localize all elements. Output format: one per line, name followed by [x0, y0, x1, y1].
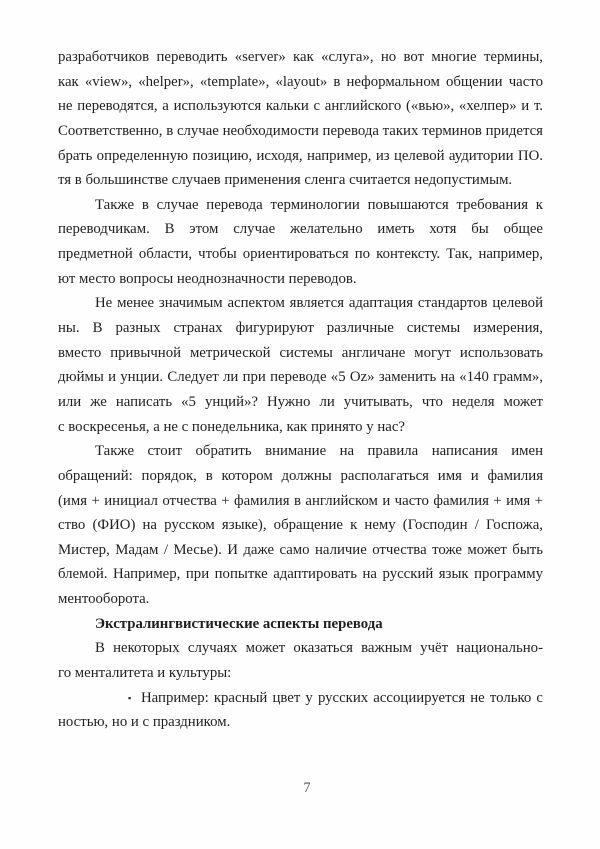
paragraph: Также стоит обратить внимание на правила…	[58, 439, 543, 611]
text-line: предметной области, чтобы ориентироватьс…	[58, 242, 543, 267]
paragraph: В некоторых случаях может оказаться важн…	[58, 636, 543, 685]
paragraph: разработчиков переводить «server» как «с…	[58, 45, 543, 193]
text-line: ют место вопросы неоднозначности перевод…	[58, 267, 543, 292]
text-line: Соответственно, в случае необходимости п…	[58, 119, 543, 144]
text-line: вместо привычной метрической системы анг…	[58, 341, 543, 366]
document-page: разработчиков переводить «server» как «с…	[0, 0, 600, 849]
text-line: переводчикам. В этом случае желательно и…	[58, 217, 543, 242]
text-line: Экстралингвистические аспекты перевода	[58, 612, 543, 637]
text-block: разработчиков переводить «server» как «с…	[58, 45, 543, 735]
paragraph: Также в случае перевода терминологии пов…	[58, 193, 543, 292]
text-line: ство (ФИО) на русском языке), обращение …	[58, 513, 543, 538]
section-heading: Экстралингвистические аспекты перевода	[58, 612, 543, 637]
text-line: ны. В разных странах фигурируют различны…	[58, 316, 543, 341]
text-line: ностью, но и с праздником.	[58, 710, 543, 735]
text-line: Мистер, Мадам / Месье). И даже само нали…	[58, 538, 543, 563]
text-line: В некоторых случаях может оказаться важн…	[58, 636, 543, 661]
text-line: обращений: порядок, в котором должны рас…	[58, 464, 543, 489]
text-line: тя в большинстве случаев применения слен…	[58, 168, 543, 193]
text-line: разработчиков переводить «server» как «с…	[58, 45, 543, 70]
page-number: 7	[7, 780, 600, 797]
bullet-icon: ▪	[93, 686, 141, 711]
text-line: ментооборота.	[58, 587, 543, 612]
text-line: с воскресенья, а не с понедельника, как …	[58, 415, 543, 440]
text-line: Также в случае перевода терминологии пов…	[58, 193, 543, 218]
text-line: как «view», «helper», «template», «layou…	[58, 70, 543, 95]
text-line: дюймы и унции. Следует ли при переводе «…	[58, 365, 543, 390]
text-line: не переводятся, а используются кальки с …	[58, 94, 543, 119]
text-line: блемой. Например, при попытке адаптирова…	[58, 562, 543, 587]
text-line: (имя + инициал отчества + фамилия в англ…	[58, 489, 543, 514]
text-line: Не менее значимым аспектом является адап…	[58, 291, 543, 316]
text-line: Также стоит обратить внимание на правила…	[58, 439, 543, 464]
text-line: или же написать «5 унций»? Нужно ли учит…	[58, 390, 543, 415]
text-line: брать определенную позицию, исходя, напр…	[58, 144, 543, 169]
paragraph: Не менее значимым аспектом является адап…	[58, 291, 543, 439]
text-line: го менталитета и культуры:	[58, 661, 543, 686]
text-line: ▪Например: красный цвет у русских ассоци…	[58, 686, 543, 711]
bullet-paragraph: ▪Например: красный цвет у русских ассоци…	[58, 686, 543, 735]
